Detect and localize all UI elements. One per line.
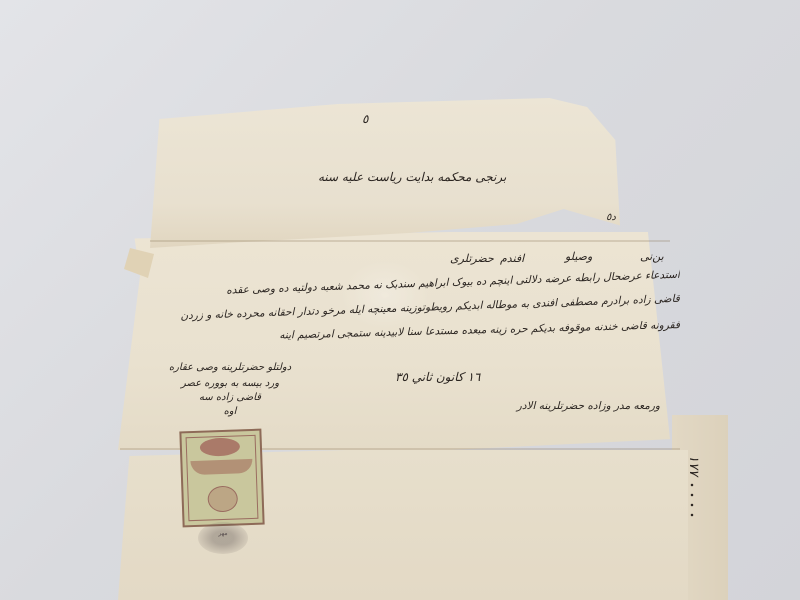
margin-note-line: ورد بیسه به بووره عصر [160,378,300,389]
ink-seal [198,522,248,554]
document-date: ١٦ كانون ثاني ٣٥ [395,370,480,384]
margin-note-line: اوه [160,406,300,417]
body-line: ورمعه مدر وزاده حضرتلرینه الادر [390,400,660,412]
address-word: وصیلو [565,250,592,263]
photo-scene: ٥ برنجی محکمه بدایت ریاست علیه سنه د٥ بن… [0,0,800,600]
document-heading: برنجی محکمه بدایت ریاست علیه سنه [318,170,506,184]
margin-note-line: قاضی زاده سه [160,392,300,403]
corner-note: د٥ [606,212,616,223]
paper-watermark [340,260,430,330]
seal-text: مهر [198,530,248,537]
address-word: بن‌نی [640,250,664,263]
dotted-line [690,480,694,520]
revenue-stamp [179,429,264,528]
side-number: ١٧٧ [686,455,701,476]
margin-note-line: دولتلو حضرتلرینه وصی عقاره [160,362,300,373]
fold-line [150,240,670,242]
address-word: حضرتلری [450,252,494,265]
address-word: افندم [500,252,524,265]
page-number: ٥ [362,112,368,126]
